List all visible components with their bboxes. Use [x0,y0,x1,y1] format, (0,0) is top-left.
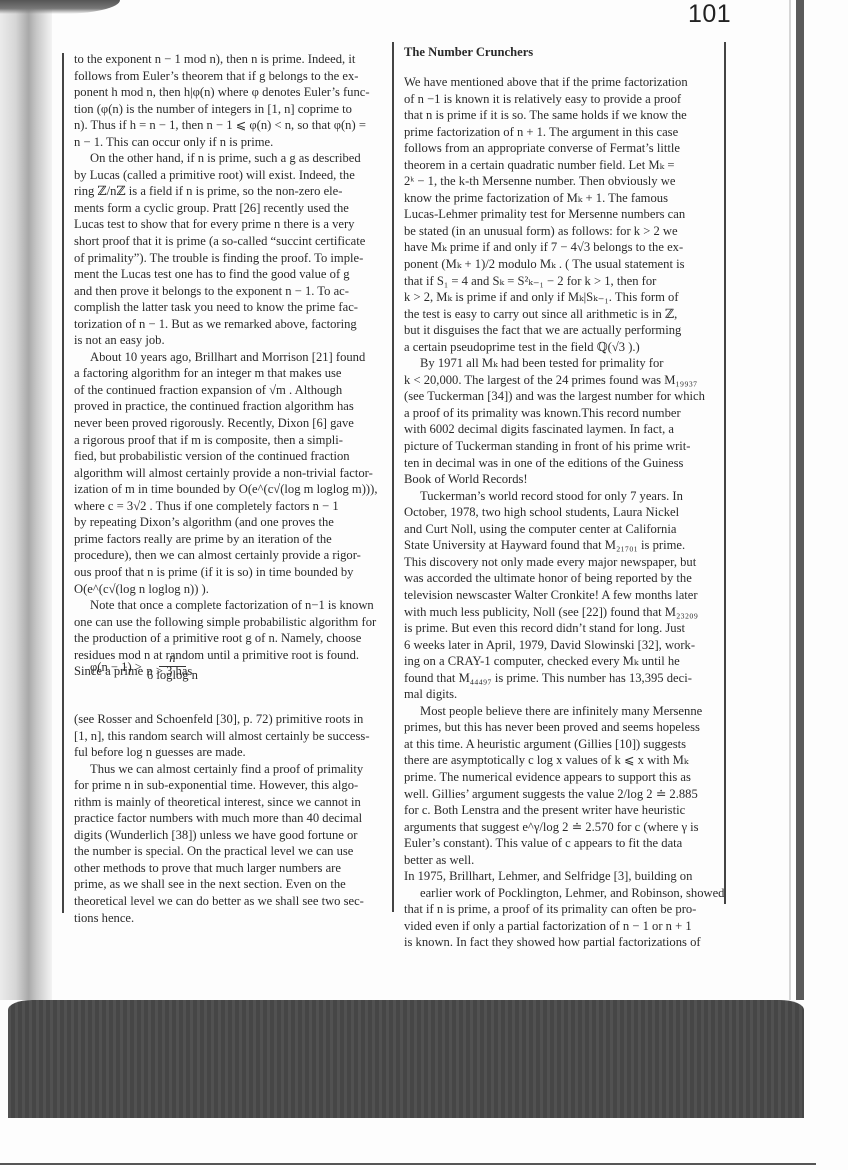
text-line: We have mentioned above that if the prim… [404,74,724,91]
text-line: k > 2, Mₖ is prime if and only if Mₖ|Sₖ₋… [404,289,724,306]
text-line: Most people believe there are infinitely… [404,703,724,720]
text-line: of primality”). The trouble is finding t… [74,250,377,267]
formula-fraction: n 6 loglog n [147,651,198,683]
text-line: Tuckerman’s world record stood for only … [404,488,724,505]
text-line: follows from an appropriate converse of … [404,140,724,157]
text-line: but it disguises the fact that we are ac… [404,322,724,339]
text-line: by repeating Dixon’s algorithm (and one … [74,514,377,531]
scanner-band [8,1000,804,1118]
text-line: digits (Wunderlich [38]) unless we have … [74,827,370,844]
text-line: ous proof that n is prime (if it is so) … [74,564,377,581]
formula-denominator: 6 loglog n [147,667,198,683]
text-line: and Curt Noll, using the computer center… [404,521,724,538]
text-line: ing on a CRAY-1 computer, checked every … [404,653,724,670]
text-line: found that M₄₄₄₉₇ is prime. This number … [404,670,724,687]
text-line: picture of Tuckerman standing in front o… [404,438,724,455]
text-line: About 10 years ago, Brillhart and Morris… [74,349,377,366]
text-line: a factoring algorithm for an integer m t… [74,365,377,382]
text-line: vided even if only a partial factorizati… [404,918,724,935]
text-line: is known. In fact they showed how partia… [404,934,724,951]
text-line: In 1975, Brillhart, Lehmer, and Selfridg… [404,868,724,885]
text-line: ful before log n guesses are made. [74,744,370,761]
text-line: a rigorous proof that if m is composite,… [74,432,377,449]
formula-numerator: n [159,651,185,667]
text-line: was accorded the ultimate honor of being… [404,570,724,587]
text-line: tion (φ(n) is the number of integers in … [74,101,377,118]
text-line: by Lucas (called a primitive root) will … [74,167,377,184]
text-line: have Mₖ prime if and only if 7 − 4√3 bel… [404,239,724,256]
text-line: of n −1 is known it is relatively easy t… [404,91,724,108]
text-line: Note that once a complete factorization … [74,597,377,614]
text-line: Lucas test to show that for every prime … [74,216,377,233]
page-curl-shadow [0,0,120,14]
text-line: ment the Lucas test one has to find the … [74,266,377,283]
text-line: with 6002 decimal digits fascinated laym… [404,421,724,438]
section-heading: The Number Crunchers [404,44,533,61]
text-line: October, 1978, two high school students,… [404,504,724,521]
text-line: that if n is prime, a proof of its prima… [404,901,724,918]
text-line: Euler’s constant). This value of c appea… [404,835,724,852]
left-column-continued: (see Rosser and Schoenfeld [30], p. 72) … [74,711,370,926]
text-line: know the prime factorization of Mₖ + 1. … [404,190,724,207]
right-column: We have mentioned above that if the prim… [404,74,724,951]
text-line: the test is easy to carry out since all … [404,306,724,323]
euler-phi-formula: φ(n − 1) > n 6 loglog n [90,651,198,683]
text-line: be stated (in an unusual form) as follow… [404,223,724,240]
text-line: fied, but probabilistic version of the c… [74,448,377,465]
text-line: (see Tuckerman [34]) and was the largest… [404,388,724,405]
text-line: ten in decimal was in one of the edition… [404,455,724,472]
text-line: ponent (Mₖ + 1)/2 modulo Mₖ . ( The usua… [404,256,724,273]
text-line: earlier work of Pocklington, Lehmer, and… [404,885,724,902]
text-line: On the other hand, if n is prime, such a… [74,150,377,167]
bottom-edge-line [0,1163,816,1165]
text-line: a certain pseudoprime test in the field … [404,339,724,356]
text-line: to the exponent n − 1 mod n), then n is … [74,51,377,68]
text-line: procedure), then we can almost certainly… [74,547,377,564]
text-line: n). Thus if h = n − 1, then n − 1 ⩽ φ(n)… [74,117,377,134]
text-line: prime. The numerical evidence appears to… [404,769,724,786]
text-line: there are asymptotically c log x values … [404,752,724,769]
text-line: is prime. But even this record didn’t st… [404,620,724,637]
text-line: television newscaster Walter Cronkite! A… [404,587,724,604]
text-line: of the continued fraction expansion of √… [74,382,377,399]
right-column-rule-left [392,42,394,912]
text-line: [1, n], this random search will almost c… [74,728,370,745]
text-line: Lucas-Lehmer primality test for Mersenne… [404,206,724,223]
text-line: where c = 3√2 . Thus if one completely f… [74,498,377,515]
text-line: follows from Euler’s theorem that if g b… [74,68,377,85]
text-line: 6 weeks later in April, 1979, David Slow… [404,637,724,654]
text-line: that n is prime if it is so. The same ho… [404,107,724,124]
text-line: prime factorization of n + 1. The argume… [404,124,724,141]
text-line: never been proved rigorously. Recently, … [74,415,377,432]
text-line: n − 1. This can occur only if n is prime… [74,134,377,151]
text-line: primes, but this has never been proved a… [404,719,724,736]
gutter-shadow [0,0,52,1000]
text-line: better as well. [404,852,724,869]
left-column-rule [62,53,64,913]
text-line: that if S₁ = 4 and Sₖ = S²ₖ₋₁ − 2 for k … [404,273,724,290]
text-line: tions hence. [74,910,370,927]
text-line: prime factors really are prime by an ite… [74,531,377,548]
text-line: short proof that it is prime (a so-calle… [74,233,377,250]
text-line: This discovery not only made every major… [404,554,724,571]
text-line: By 1971 all Mₖ had been tested for prima… [404,355,724,372]
text-line: for c. Both Lenstra and the present writ… [404,802,724,819]
text-line: other methods to prove that much larger … [74,860,370,877]
text-line: algorithm will almost certainly provide … [74,465,377,482]
text-line: ments form a cyclic group. Pratt [26] re… [74,200,377,217]
text-line: prime, as we shall see in the next secti… [74,876,370,893]
text-line: proved in practice, the continued fracti… [74,398,377,415]
text-line: and then prove it belongs to the exponen… [74,283,377,300]
text-line: ring ℤ/nℤ is a field if n is prime, so t… [74,183,377,200]
text-line: complish the latter task you need to kno… [74,299,377,316]
text-line: (see Rosser and Schoenfeld [30], p. 72) … [74,711,370,728]
text-line: O(e^(c√(log n loglog n)) ). [74,581,377,598]
text-line: at this time. A heuristic argument (Gill… [404,736,724,753]
text-line: a proof of its primality was known.This … [404,405,724,422]
text-line: the production of a primitive root g of … [74,630,377,647]
text-line: is not an easy job. [74,332,377,349]
formula-lhs: φ(n − 1) > [90,660,142,675]
text-line: the number is special. On the practical … [74,843,370,860]
text-line: theorem in a certain quadratic number fi… [404,157,724,174]
page-number: 101 [688,0,731,29]
right-page-edge [796,0,804,1000]
text-line: one can use the following simple probabi… [74,614,377,631]
text-line: practice factor numbers with much more t… [74,810,370,827]
text-line: rithm is mainly of theoretical interest,… [74,794,370,811]
right-page-edge-faint [789,0,791,1000]
text-line: State University at Hayward found that M… [404,537,724,554]
text-line: well. Gillies’ argument suggests the val… [404,786,724,803]
text-line: Book of World Records! [404,471,724,488]
text-line: mal digits. [404,686,724,703]
text-line: arguments that suggest e^γ/log 2 ≐ 2.570… [404,819,724,836]
text-line: ization of m in time bounded by O(e^(c√(… [74,481,377,498]
text-line: theoretical level we can do better as we… [74,893,370,910]
text-line: with much less publicity, Noll (see [22]… [404,604,724,621]
text-line: for prime n in sub-exponential time. How… [74,777,370,794]
text-line: torization of n − 1. But as we remarked … [74,316,377,333]
left-column: to the exponent n − 1 mod n), then n is … [74,51,377,680]
text-line: ponent h mod n, then h|φ(n) where φ deno… [74,84,377,101]
text-line: 2ᵏ − 1, the k-th Mersenne number. Then o… [404,173,724,190]
text-line: Thus we can almost certainly find a proo… [74,761,370,778]
text-line: k < 20,000. The largest of the 24 primes… [404,372,724,389]
